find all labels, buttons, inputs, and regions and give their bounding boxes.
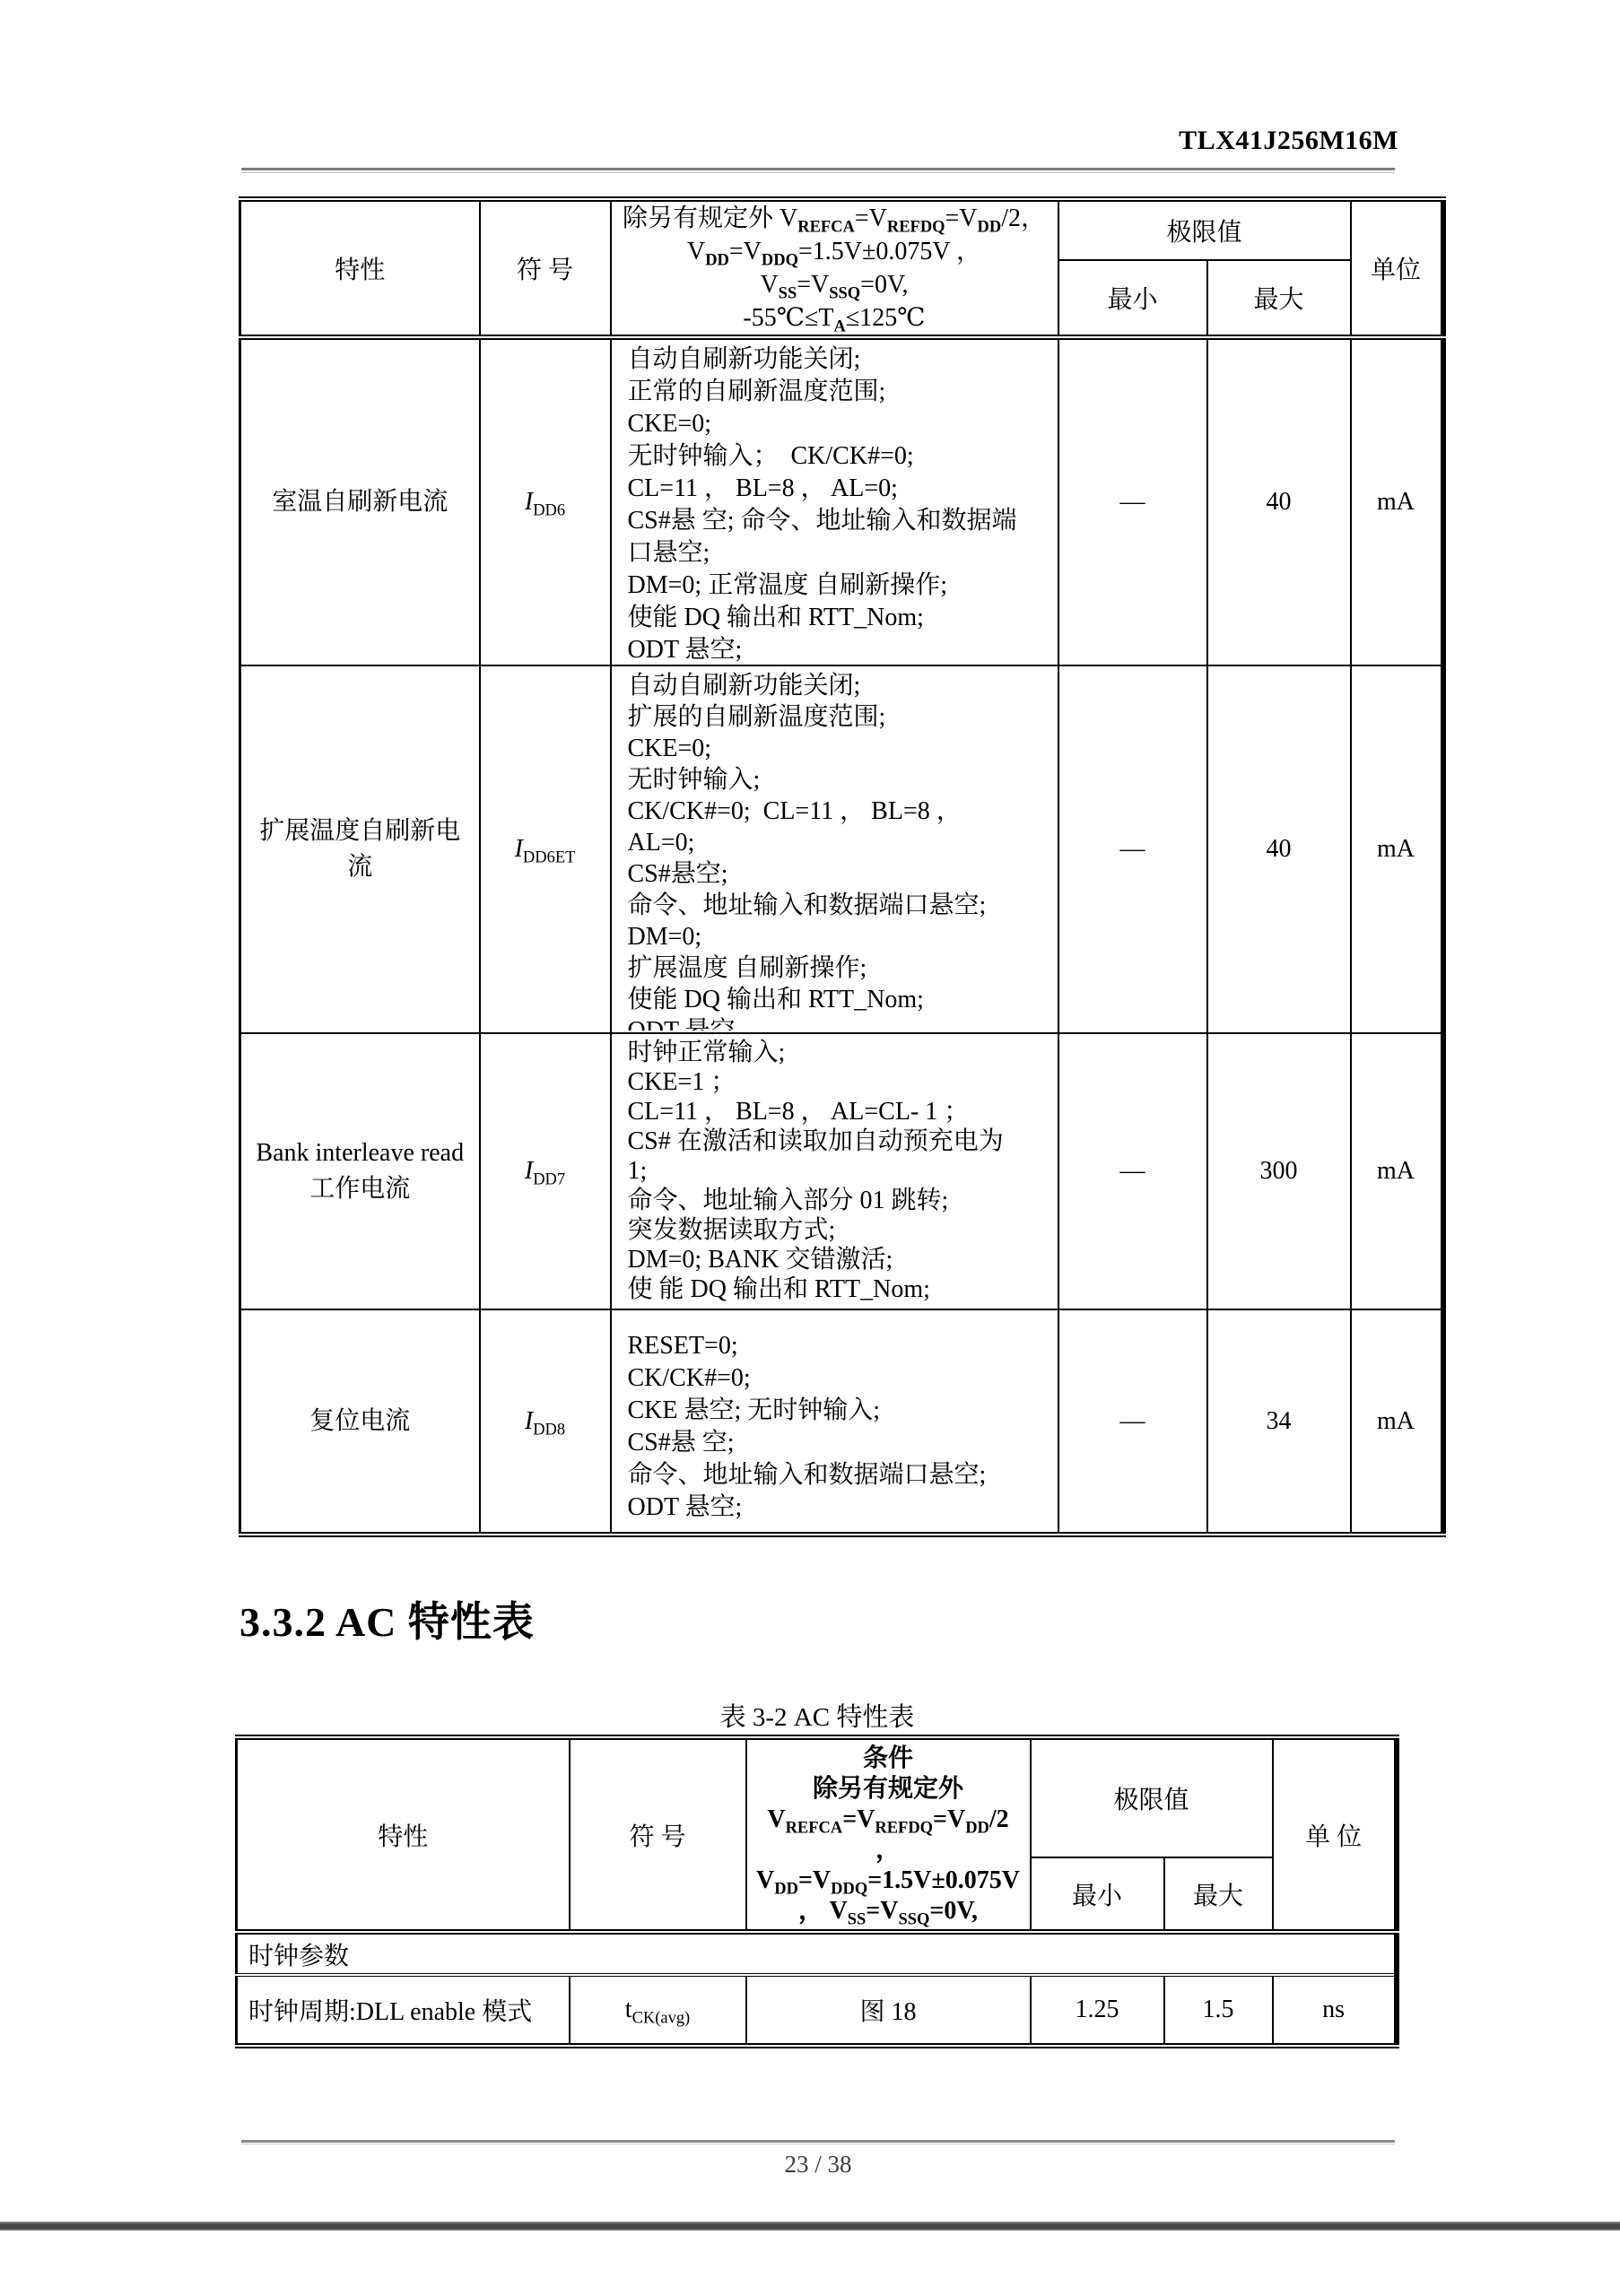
min-cell: —: [1058, 665, 1207, 1033]
characteristic-cell: 复位电流: [240, 1309, 480, 1535]
table-row-idd6et: 扩展温度自刷新电流 IDD6ET 自动自刷新功能关闭; 扩展的自刷新温度范围; …: [240, 665, 1443, 1033]
clock-params-section-row: 时钟参数: [237, 1932, 1397, 1975]
characteristic-cell: 室温自刷新电流: [240, 337, 480, 665]
table-row-tck: 时钟周期:DLL enable 模式 tCK(avg) 图 18 1.25 1.…: [237, 1975, 1397, 2046]
symbol-base: I: [525, 1157, 533, 1185]
conditions-cell: 自动自刷新功能关闭; 正常的自刷新温度范围; CKE=0; 无时钟输入； CK/…: [611, 337, 1058, 665]
max-cell: 1.5: [1164, 1975, 1273, 2046]
ac-characteristics-table: 特性 符 号 条件除另有规定外VREFCA=VREFDQ=VDD/2，VDD=V…: [235, 1735, 1399, 2048]
conditions-cell: 自动自刷新功能关闭; 扩展的自刷新温度范围; CKE=0; 无时钟输入; CK/…: [611, 665, 1058, 1033]
section-row-label: 时钟参数: [237, 1932, 1397, 1975]
unit-cell: mA: [1351, 1033, 1443, 1309]
footer-rule: [241, 2140, 1395, 2144]
symbol-subscript: DD7: [533, 1170, 565, 1188]
col-header-max: 最大: [1207, 260, 1351, 338]
col-header-min: 最小: [1058, 260, 1207, 338]
col-header-symbol: 符 号: [570, 1737, 746, 1932]
min-cell: —: [1058, 1033, 1207, 1309]
document-page: { "page": { "doc_code": "TLX41J256M16M",…: [0, 0, 1620, 2296]
section-heading: 3.3.2 AC 特性表: [240, 1589, 535, 1648]
symbol-subscript: DD8: [533, 1420, 565, 1438]
max-cell: 40: [1207, 665, 1351, 1033]
table-header-row: 特性 符 号 除另有规定外 VREFCA=VREFDQ=VDD/2，VDD=VD…: [240, 199, 1443, 260]
table-row-idd7: Bank interleave read 工作电流 IDD7 时钟正常输入; C…: [240, 1033, 1443, 1309]
page-separator-bar: [0, 2222, 1620, 2231]
col-header-conditions: 条件除另有规定外VREFCA=VREFDQ=VDD/2，VDD=VDDQ=1.5…: [746, 1737, 1031, 1932]
conditions-cell: 图 18: [746, 1975, 1031, 2046]
header-rule: [241, 168, 1395, 173]
symbol-subscript: DD6ET: [523, 848, 575, 866]
symbol-cell: IDD6ET: [480, 665, 611, 1033]
symbol-subscript: DD6: [533, 501, 565, 519]
table-row-idd8: 复位电流 IDD8 RESET=0; CK/CK#=0; CKE 悬空; 无时钟…: [240, 1309, 1443, 1535]
table-row-idd6: 室温自刷新电流 IDD6 自动自刷新功能关闭; 正常的自刷新温度范围; CKE=…: [240, 337, 1443, 665]
col-header-characteristic: 特性: [237, 1737, 570, 1932]
min-cell: 1.25: [1031, 1975, 1164, 2046]
col-header-symbol: 符 号: [480, 199, 611, 337]
unit-cell: mA: [1351, 337, 1443, 665]
characteristic-cell: 扩展温度自刷新电流: [240, 665, 480, 1033]
conditions-cell: RESET=0; CK/CK#=0; CKE 悬空; 无时钟输入; CS#悬 空…: [611, 1309, 1058, 1535]
col-header-characteristic: 特性: [240, 199, 480, 337]
symbol-cell: IDD6: [480, 337, 611, 665]
col-header-unit: 单 位: [1273, 1737, 1397, 1932]
max-cell: 34: [1207, 1309, 1351, 1535]
symbol-base: I: [525, 1407, 533, 1435]
col-header-limits: 极限值: [1031, 1737, 1273, 1857]
table-caption: 表 3-2 AC 特性表: [240, 1697, 1395, 1734]
min-cell: —: [1058, 1309, 1207, 1535]
idd-characteristics-table: 特性 符 号 除另有规定外 VREFCA=VREFDQ=VDD/2，VDD=VD…: [239, 196, 1446, 1537]
symbol-base: I: [515, 835, 523, 863]
symbol-cell: tCK(avg): [570, 1975, 746, 2046]
page-number: 23 / 38: [241, 2151, 1395, 2179]
col-header-unit: 单位: [1351, 199, 1443, 337]
col-header-limits: 极限值: [1058, 199, 1351, 260]
symbol-cell: IDD7: [480, 1033, 611, 1309]
table-header-row: 特性 符 号 条件除另有规定外VREFCA=VREFDQ=VDD/2，VDD=V…: [237, 1737, 1397, 1857]
symbol-cell: IDD8: [480, 1309, 611, 1535]
unit-cell: mA: [1351, 665, 1443, 1033]
symbol-base: t: [625, 1996, 632, 2023]
max-cell: 300: [1207, 1033, 1351, 1309]
conditions-cell: 时钟正常输入; CKE=1 ； CL=11 ， BL=8 ， AL=CL- 1 …: [611, 1033, 1058, 1309]
characteristic-cell: Bank interleave read 工作电流: [240, 1033, 480, 1309]
min-cell: —: [1058, 337, 1207, 665]
col-header-max: 最大: [1164, 1857, 1273, 1932]
col-header-min: 最小: [1031, 1857, 1164, 1932]
doc-code-title: TLX41J256M16M: [1179, 126, 1398, 156]
symbol-base: I: [525, 488, 533, 516]
unit-cell: ns: [1273, 1975, 1397, 2046]
max-cell: 40: [1207, 337, 1351, 665]
col-header-conditions: 除另有规定外 VREFCA=VREFDQ=VDD/2，VDD=VDDQ=1.5V…: [611, 199, 1058, 337]
characteristic-cell: 时钟周期:DLL enable 模式: [237, 1975, 570, 2046]
symbol-subscript: CK(avg): [632, 2009, 691, 2027]
unit-cell: mA: [1351, 1309, 1443, 1535]
